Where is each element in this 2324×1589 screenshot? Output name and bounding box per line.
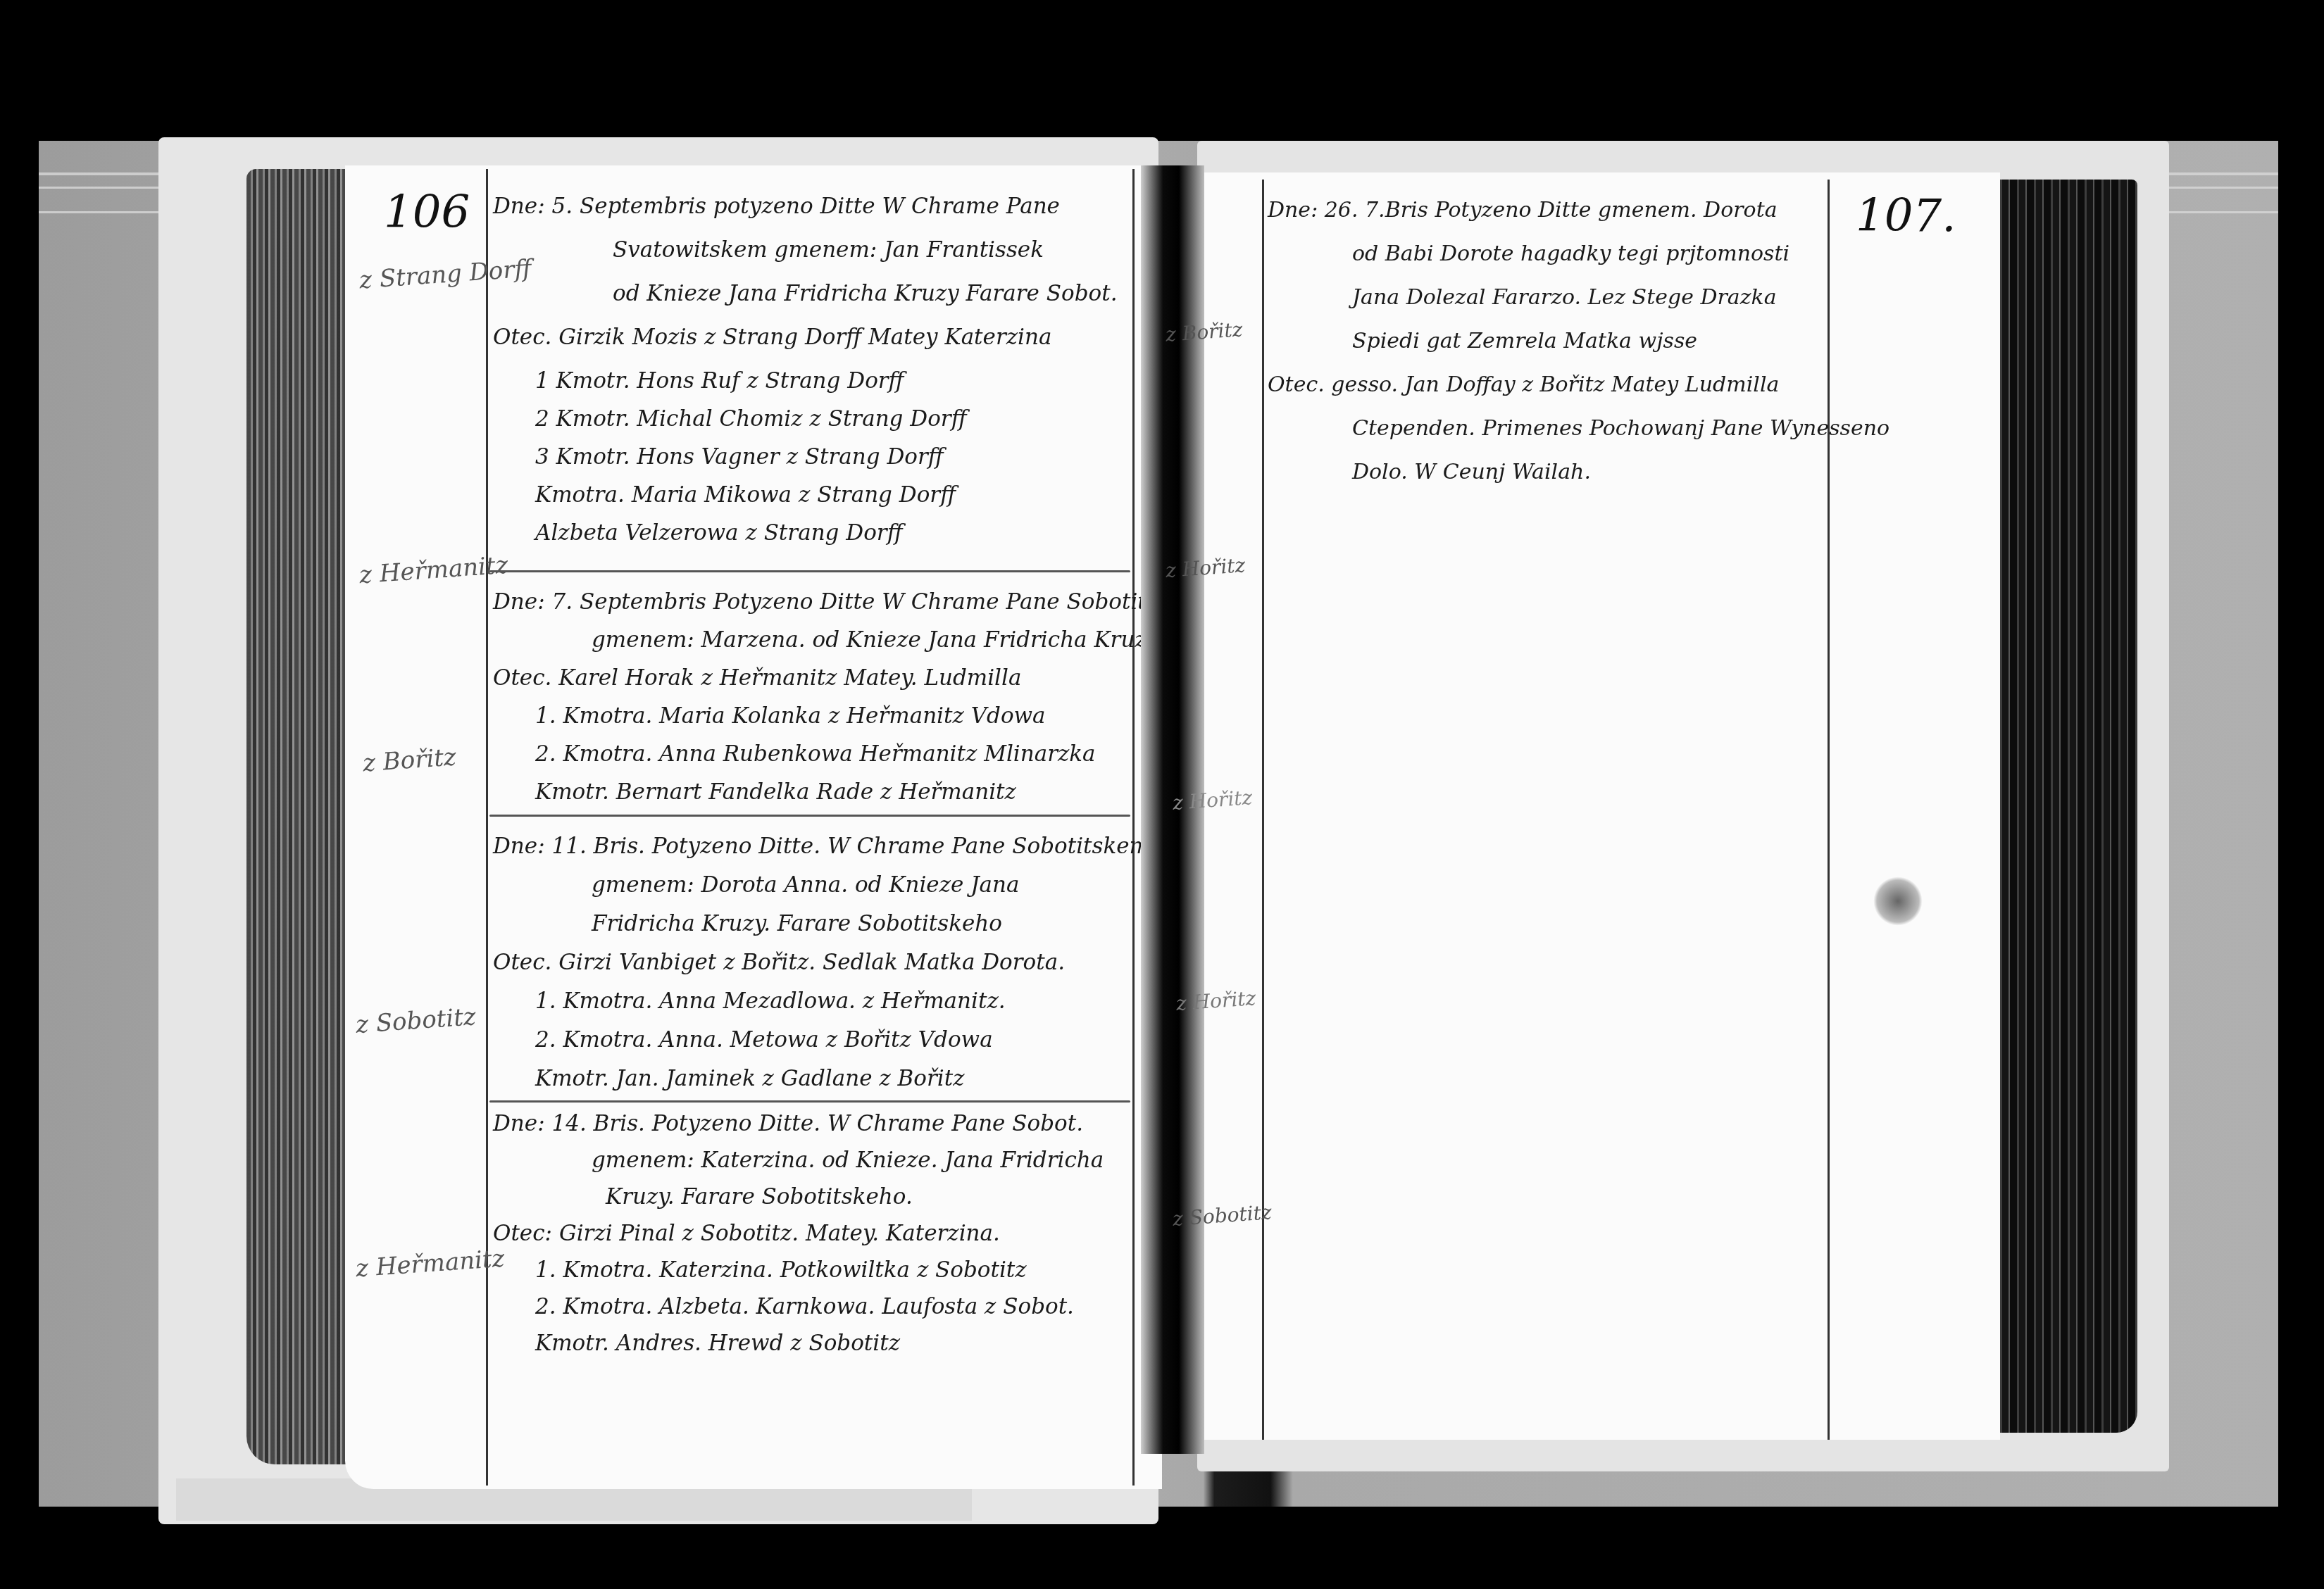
entry-line: Dne: 5. Septembris potyzeno Ditte W Chra…	[493, 184, 1118, 228]
entry-line: Dolo. W Ceunj Wailah.	[1268, 451, 1889, 494]
entry-line: Kruzy. Farare Sobotitskeho.	[493, 1179, 1104, 1215]
entry-line: Kmotr. Bernart Fandelka Rade z Heřmanitz	[493, 773, 1204, 811]
page-number-left: 106	[384, 187, 470, 239]
entry-line: od Knieze Jana Fridricha Kruzy Farare So…	[493, 272, 1118, 315]
right-margin-rule	[1262, 180, 1264, 1440]
entry-line: 2. Kmotra. Alzbeta. Karnkowa. Laufosta z…	[493, 1288, 1104, 1325]
entry-line: Otec. gesso. Jan Doffay z Bořitz Matey L…	[1268, 363, 1889, 407]
microfilm-frame: 106 z Strang Dorff z Heřmanitz z Bořitz …	[0, 0, 2324, 1589]
left-margin-rule	[486, 169, 488, 1486]
entry-line: Otec. Girzik Mozis z Strang Dorff Matey …	[493, 315, 1118, 359]
entry-line: 1. Kmotra. Anna Mezadlowa. z Heřmanitz.	[493, 982, 1150, 1021]
entry-line: od Babi Dorote hagadky tegi prjtomnosti	[1268, 232, 1889, 276]
entry-line: gmenem: Katerzina. od Knieze. Jana Fridr…	[493, 1142, 1104, 1179]
entry-line: 3 Kmotr. Hons Vagner z Strang Dorff	[493, 435, 1118, 479]
entry-line: Kmotr. Jan. Jaminek z Gadlane z Bořitz	[493, 1060, 1150, 1098]
entry-line: Dne: 11. Bris. Potyzeno Ditte. W Chrame …	[493, 827, 1150, 866]
entry-line: Kmotra. Maria Mikowa z Strang Dorff	[493, 473, 1118, 517]
entry-line: 1 Kmotr. Hons Ruf z Strang Dorff	[493, 359, 1118, 403]
baptism-entry: Dne: 11. Bris. Potyzeno Ditte. W Chrame …	[493, 827, 1150, 1098]
entry-line: Alzbeta Velzerowa z Strang Dorff	[493, 511, 1118, 555]
entry-line: gmenem: Marzena. od Knieze Jana Fridrich…	[493, 621, 1204, 659]
entry-line: Otec. Karel Horak z Heřmanitz Matey. Lud…	[493, 659, 1204, 697]
entry-divider	[489, 815, 1130, 817]
entry-line: Spiedi gat Zemrela Matka wjsse	[1268, 320, 1889, 363]
entry-line: Jana Dolezal Fararzo. Lez Stege Drazka	[1268, 276, 1889, 320]
entry-line: gmenem: Dorota Anna. od Knieze Jana	[493, 866, 1150, 905]
entry-line: Svatowitskem gmenem: Jan Frantissek	[493, 228, 1118, 272]
entry-line: Dne: 7. Septembris Potyzeno Ditte W Chra…	[493, 583, 1204, 621]
entry-divider	[489, 570, 1130, 572]
entry-line: Otec: Girzi Pinal z Sobotitz. Matey. Kat…	[493, 1215, 1104, 1252]
entry-line: 2 Kmotr. Michal Chomiz z Strang Dorff	[493, 397, 1118, 441]
entry-line: 2. Kmotra. Anna Rubenkowa Heřmanitz Mlin…	[493, 735, 1204, 773]
baptism-entry: Dne: 26. 7.Bris Potyzeno Ditte gmenem. D…	[1268, 189, 1889, 494]
entry-line: 2. Kmotra. Anna. Metowa z Bořitz Vdowa	[493, 1021, 1150, 1060]
baptism-entry: Dne: 14. Bris. Potyzeno Ditte. W Chrame …	[493, 1105, 1104, 1362]
left-page-edges	[246, 169, 352, 1464]
entry-line: Otec. Girzi Vanbiget z Bořitz. Sedlak Ma…	[493, 943, 1150, 982]
entry-line: Kmotr. Andres. Hrewd z Sobotitz	[493, 1325, 1104, 1362]
entry-line: Dne: 14. Bris. Potyzeno Ditte. W Chrame …	[493, 1105, 1104, 1142]
baptism-entry: Dne: 5. Septembris potyzeno Ditte W Chra…	[493, 184, 1118, 555]
entry-divider	[489, 1100, 1130, 1103]
ink-stain	[1873, 877, 1923, 926]
right-page-edges	[1993, 180, 2137, 1433]
entry-line: 1. Kmotra. Maria Kolanka z Heřmanitz Vdo…	[493, 697, 1204, 735]
entry-line: Ctependen. Primenes Pochowanj Pane Wynes…	[1268, 407, 1889, 451]
baptism-entry: Dne: 7. Septembris Potyzeno Ditte W Chra…	[493, 583, 1204, 811]
entry-line: 1. Kmotra. Katerzina. Potkowiltka z Sobo…	[493, 1252, 1104, 1288]
entry-line: Fridricha Kruzy. Farare Sobotitskeho	[493, 905, 1150, 943]
entry-line: Dne: 26. 7.Bris Potyzeno Ditte gmenem. D…	[1268, 189, 1889, 232]
